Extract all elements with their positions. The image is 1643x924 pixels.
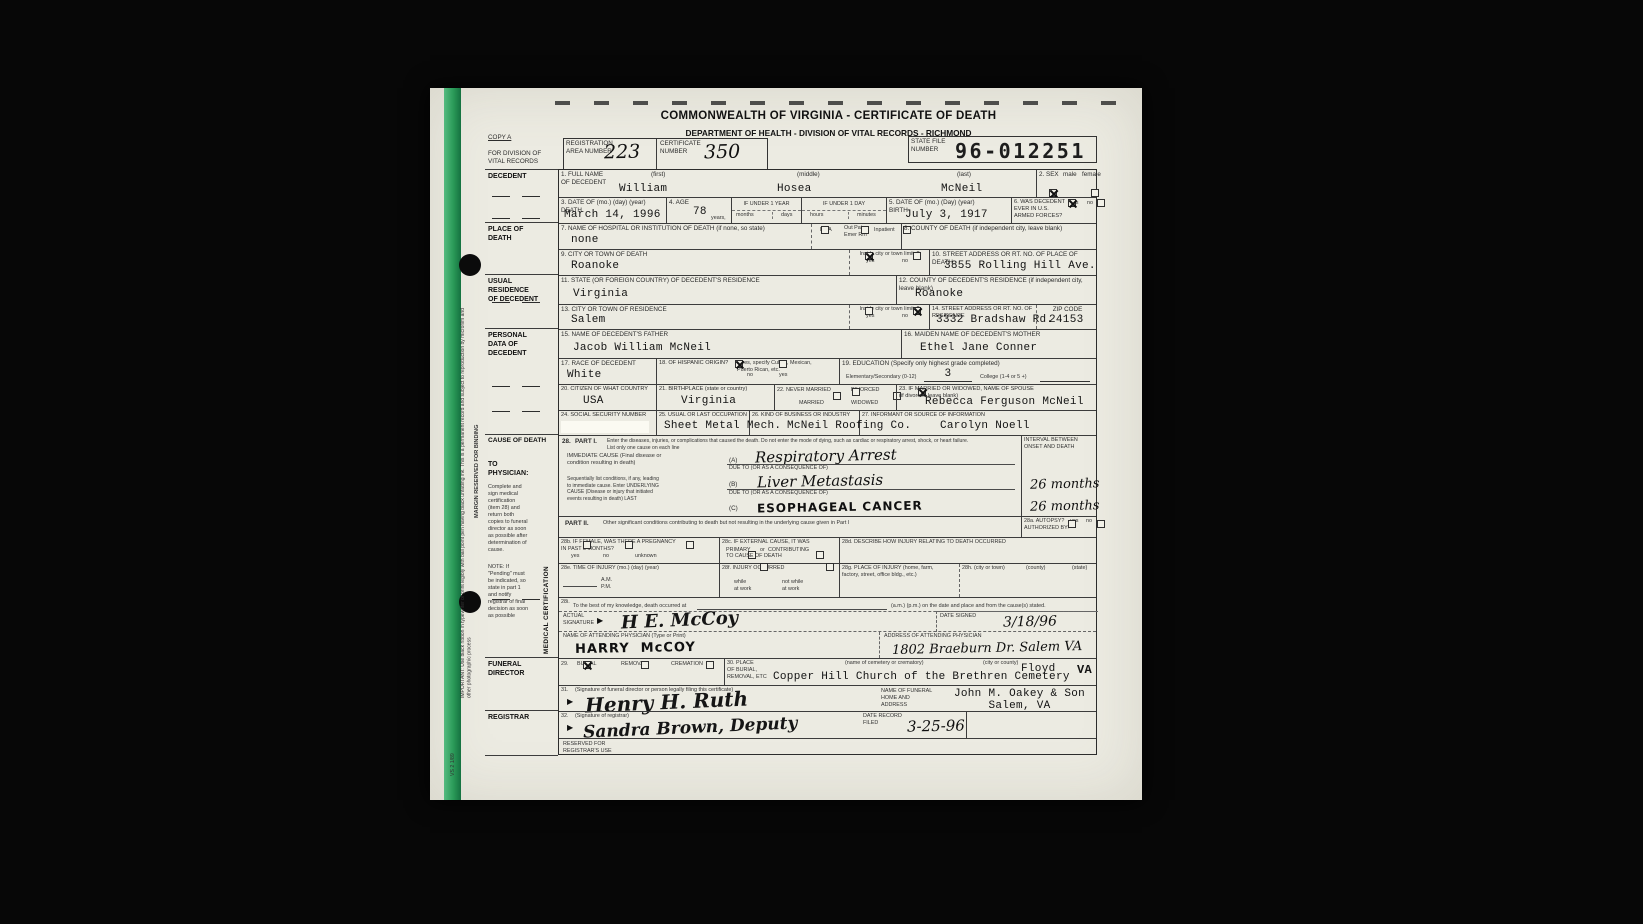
funeral-sig-number: 31. <box>561 687 569 694</box>
field-date-of-birth: 5. DATE OF (mo.) (Day) (year) BIRTH July… <box>886 198 1011 223</box>
ampm-label: A.M. P.M. <box>601 577 612 591</box>
industry-value: McNeil Roofing Co. <box>787 420 911 432</box>
attest-post-text: (a.m.) (p.m.) on the date and place and … <box>891 603 1095 610</box>
residence-county-value: Roanoke <box>915 288 963 300</box>
armed-forces-no-label: no <box>1087 200 1093 207</box>
not-while-at-work-checkbox <box>826 563 834 571</box>
field-date-of-death: 3. DATE OF (mo.) (day) (year) DEATH Marc… <box>559 198 666 223</box>
citizen-label: 20. CITIZEN OF WHAT COUNTRY <box>561 386 648 393</box>
autopsy-yes-checkbox <box>1068 520 1076 528</box>
time-line <box>563 586 597 587</box>
field-residence-street: 14. STREET ADDRESS OR RT. NO. OF RESIDEN… <box>929 305 1036 329</box>
interval-c-value: 26 months <box>1030 498 1100 514</box>
field-place-of-burial: 30. PLACE OF BURIAL, REMOVAL, ETC (name … <box>724 659 1098 685</box>
field-if-under-1-day: IF UNDER 1 DAY hours minutes <box>801 198 886 223</box>
row-burial: 29. BURIAL REMOVAL CREMATION 30. PLACE O… <box>559 658 1096 685</box>
field-citizen: 20. CITIZEN OF WHAT COUNTRY USA <box>559 385 656 410</box>
education-college-line <box>1040 381 1090 382</box>
ruling-dash <box>522 218 540 219</box>
external-cause-label: 28c. IF EXTERNAL CAUSE, IT WAS <box>722 539 810 546</box>
box-divider <box>656 139 657 169</box>
copy-label: COPY A <box>488 134 511 142</box>
occupation-label: 25. USUAL OR LAST OCCUPATION <box>659 412 747 419</box>
field-hispanic-origin: 18. OF HISPANIC ORIGIN? If yes, specify … <box>656 359 839 384</box>
date-of-death-value: March 14, 1996 <box>564 209 661 221</box>
ruling-dash <box>522 196 540 197</box>
autopsy-label: 28a. AUTOPSY? AUTHORIZED BY: <box>1024 518 1069 532</box>
field-ssn: 24. SOCIAL SECURITY NUMBER <box>559 411 656 435</box>
ruling-dash <box>492 599 510 600</box>
residence-city-label: 13. CITY OR TOWN OF RESIDENCE <box>561 306 667 314</box>
not-while-at-work-label: not while at work <box>782 579 803 593</box>
form-grid: 1. FULL NAME OF DECEDENT (first) (middle… <box>558 169 1097 755</box>
cremation-label: CREMATION <box>671 661 703 668</box>
section-divider <box>485 328 558 329</box>
part2-text: Other significant conditions contributin… <box>603 520 1003 527</box>
row-hospital: 7. NAME OF HOSPITAL OR INSTITUTION OF DE… <box>559 223 1096 249</box>
hispanic-no-label: no <box>747 372 753 379</box>
physician-address-label: ADDRESS OF ATTENDING PHYSICIAN <box>884 633 982 640</box>
disposition-number: 29. <box>561 661 569 668</box>
injury-occurred-label: 28f. INJURY OCCURRED <box>722 565 784 572</box>
date-of-birth-value: July 3, 1917 <box>905 209 988 221</box>
registrar-sig-hint: (Signature of registrar) <box>575 713 629 720</box>
ruling-dash <box>522 411 540 412</box>
ruling-dash <box>522 386 540 387</box>
hospital-label: 7. NAME OF HOSPITAL OR INSTITUTION OF DE… <box>561 225 765 233</box>
row-cause-b: Sequentially list conditions, if any, le… <box>559 473 1096 498</box>
field-place-of-injury: 28g. PLACE OF INJURY (home, farm, factor… <box>839 564 959 597</box>
section-divider <box>485 434 558 435</box>
field-county-of-death: 8. COUNTY OF DEATH (if independent city,… <box>901 224 1098 249</box>
field-how-injury: 28d. DESCRIBE HOW INJURY RELATING TO DEA… <box>839 538 1098 563</box>
place-of-burial-value: Copper Hill Church of the Brethren Cemet… <box>773 671 1070 683</box>
field-hospital: 7. NAME OF HOSPITAL OR INSTITUTION OF DE… <box>559 224 811 249</box>
spouse-name-value: Rebecca Ferguson McNeil <box>925 396 1084 408</box>
field-residence-county: 12. COUNTY OF DECEDENT'S RESIDENCE (if i… <box>896 276 1098 304</box>
state-file-box: STATE FILE NUMBER 96-012251 <box>908 136 1097 163</box>
hispanic-yes-checkbox <box>779 360 787 368</box>
state-file-value: 96-012251 <box>955 139 1086 163</box>
age-value: 78 <box>693 206 707 218</box>
field-death-city-limits: Inside city or town limits? yes no <box>849 250 929 275</box>
signature-arrow-icon: ▶ <box>597 616 603 625</box>
education-elementary-label: Elementary/Secondary (0-12) <box>846 374 916 381</box>
row-residence-state: 11. STATE (OR FOREIGN COUNTRY) OF DECEDE… <box>559 275 1096 304</box>
sex-female-checkbox <box>1091 189 1099 197</box>
last-hint: (last) <box>957 171 971 179</box>
pregnancy-no-checkbox <box>625 541 633 549</box>
hispanic-yes-label: yes <box>779 372 787 379</box>
county-of-death-label: 8. COUNTY OF DEATH (if independent city,… <box>904 225 1062 233</box>
line-b-label: (B) <box>729 481 737 489</box>
name-middle-value: Hosea <box>777 183 812 195</box>
street-of-death-value: 3855 Rolling Hill Ave. <box>944 260 1096 272</box>
row-part2: PART II. Other significant conditions co… <box>559 516 1096 537</box>
field-mother-name: 16. MAIDEN NAME OF DECEDENT'S MOTHER Eth… <box>901 330 1098 358</box>
row-registrar-signature: 32. (Signature of registrar) ▶ Sandra Br… <box>559 711 1096 738</box>
field-external-cause: 28c. IF EXTERNAL CAUSE, IT WAS PRIMARY o… <box>719 538 839 563</box>
field-if-under-1-year: IF UNDER 1 YEAR months days <box>731 198 801 223</box>
funeral-home-value: John M. Oakey & Son Salem, VA <box>947 688 1092 712</box>
residence-city-value: Salem <box>571 314 606 326</box>
section-label-cause-of-death: CAUSE OF DEATH <box>488 437 546 446</box>
city-county-hint: (city or county) <box>983 660 1018 667</box>
field-marital-status: 22. NEVER MARRIED DIVORCED MARRIED WIDOW… <box>774 385 896 410</box>
ruling-dash <box>492 411 510 412</box>
pregnancy-yes-label: yes <box>571 553 579 560</box>
attest-number: 28i. <box>561 599 570 606</box>
funeral-sig-arrow-icon: ▶ <box>567 697 573 706</box>
name-first-value: William <box>619 183 667 195</box>
residence-limits-no-label: no <box>902 313 908 320</box>
field-age: 4. AGE 78 years, <box>666 198 731 223</box>
field-birthplace: 21. BIRTHPLACE (state or country) Virgin… <box>656 385 774 410</box>
city-of-death-value: Roanoke <box>571 260 619 272</box>
section-label-registrar: REGISTRAR <box>488 713 529 722</box>
hispanic-no-checkbox <box>735 360 743 368</box>
physician-instructions: Complete and sign medical certification … <box>488 484 548 554</box>
mother-name-label: 16. MAIDEN NAME OF DECEDENT'S MOTHER <box>904 331 1040 339</box>
first-hint: (first) <box>651 171 665 179</box>
age-label: 4. AGE <box>669 199 689 207</box>
field-physician-address: ADDRESS OF ATTENDING PHYSICIAN 1802 Brae… <box>879 632 1098 658</box>
registrar-sig-arrow-icon: ▶ <box>567 723 573 732</box>
row-city-of-death: 9. CITY OR TOWN OF DEATH Roanoke Inside … <box>559 249 1096 275</box>
for-division-label: FOR DIVISION OF VITAL RECORDS <box>488 150 541 166</box>
field-armed-forces: 6. WAS DECEDENT EVER IN U.S. ARMED FORCE… <box>1011 198 1098 223</box>
while-at-work-checkbox <box>760 563 768 571</box>
physician-address-value: 1802 Braeburn Dr. Salem VA <box>892 639 1082 658</box>
row-physician: NAME OF ATTENDING PHYSICIAN (Type or Pri… <box>559 631 1096 658</box>
never-married-label: 22. NEVER MARRIED <box>777 387 831 394</box>
field-residence-city-limits: Inside city or town limits? yes no <box>849 305 929 329</box>
city-of-death-label: 9. CITY OR TOWN OF DEATH <box>561 251 647 259</box>
birthplace-value: Virginia <box>681 395 736 407</box>
field-street-of-death: 10. STREET ADDRESS OR RT. NO. OF PLACE O… <box>929 250 1098 275</box>
pregnancy-label: 28b. IF FEMALE, WAS THERE A PREGNANCY IN… <box>561 539 676 553</box>
reserved-label: RESERVED FOR REGISTRAR'S USE <box>563 741 612 755</box>
ruling-dash <box>492 196 510 197</box>
occupation-value: Sheet Metal Mech. <box>664 420 781 432</box>
autopsy-no-checkbox <box>1097 520 1105 528</box>
armed-forces-no-checkbox <box>1097 199 1105 207</box>
hours-hint: hours <box>810 212 824 219</box>
days-hint: days <box>772 212 792 219</box>
section-divider <box>485 710 558 711</box>
interval-b-cell: 26 months <box>1021 473 1098 498</box>
mother-name-value: Ethel Jane Conner <box>920 342 1037 354</box>
never-married-checkbox <box>833 392 841 400</box>
death-limits-no-checkbox <box>913 252 921 260</box>
field-autopsy: 28a. AUTOPSY? AUTHORIZED BY: yes no <box>1021 517 1098 537</box>
field-injury-location: 28h. (city or town) (county) (state) <box>959 564 1098 597</box>
sex-male-checkbox <box>1049 189 1057 197</box>
section-label-personal-data: PERSONAL DATA OF DECEDENT <box>488 331 527 358</box>
citizen-value: USA <box>583 395 604 407</box>
part2-label: PART II. <box>565 520 589 528</box>
autopsy-no-label: no <box>1086 518 1092 525</box>
education-college-label: College (1-4 or 5 +) <box>980 374 1027 381</box>
ssn-label: 24. SOCIAL SECURITY NUMBER <box>561 412 646 419</box>
field-sex: 2. SEX male female <box>1036 170 1098 197</box>
name-last-value: McNeil <box>941 183 982 195</box>
death-limits-yes-checkbox <box>865 252 873 260</box>
funeral-home-label: NAME OF FUNERAL HOME AND ADDRESS <box>881 688 932 709</box>
married-checkbox <box>852 388 860 396</box>
row-occupation: 24. SOCIAL SECURITY NUMBER 25. USUAL OR … <box>559 410 1096 435</box>
field-full-name: 1. FULL NAME OF DECEDENT (first) (middle… <box>559 170 1036 197</box>
registrar-empty-cell <box>966 712 1098 738</box>
field-city-of-death: 9. CITY OR TOWN OF DEATH Roanoke <box>559 250 849 275</box>
armed-forces-yes-checkbox <box>1068 199 1076 207</box>
date-filed-value: 3-25-96 <box>907 716 965 735</box>
residence-state-value: Virginia <box>573 288 628 300</box>
sex-female-label: female <box>1082 171 1101 179</box>
contributing-checkbox <box>816 551 824 559</box>
medical-certification-label: MEDICAL CERTIFICATION <box>543 516 555 654</box>
date-signed-value: 3/18/96 <box>1003 613 1057 630</box>
race-value: White <box>567 369 602 381</box>
education-elementary-line: 3 <box>924 363 972 382</box>
ruling-dash <box>522 599 540 600</box>
due-to-label-a: DUE TO (OR AS A CONSEQUENCE OF) <box>729 465 828 472</box>
cremation-checkbox <box>706 661 714 669</box>
row-dates: 3. DATE OF (mo.) (day) (year) DEATH Marc… <box>559 197 1096 223</box>
physician-pending-note: NOTE: If "Pending" must be indicated, so… <box>488 564 548 620</box>
under-1-day-label: IF UNDER 1 DAY <box>802 201 886 211</box>
education-label: 19. EDUCATION (Specify only highest grad… <box>842 360 1000 368</box>
registration-number-value: 223 <box>604 141 641 164</box>
industry-label: 26. KIND OF BUSINESS OR INDUSTRY <box>752 412 850 419</box>
date-filed-label: DATE RECORD FILED <box>863 713 902 727</box>
field-injury-occurred: 28f. INJURY OCCURRED while at work not w… <box>719 564 839 597</box>
sex-label: 2. SEX <box>1039 171 1059 179</box>
burial-state-value: VA <box>1077 663 1092 677</box>
row-parents: 15. NAME OF DECEDENT'S FATHER Jacob Will… <box>559 329 1096 358</box>
field-education: 19. EDUCATION (Specify only highest grad… <box>839 359 1098 384</box>
ruling-dash <box>492 386 510 387</box>
birthplace-label: 21. BIRTHPLACE (state or country) <box>659 386 747 393</box>
middle-hint: (middle) <box>797 171 820 179</box>
hispanic-label: 18. OF HISPANIC ORIGIN? <box>659 360 728 367</box>
section-divider <box>485 222 558 223</box>
residence-limits-yes-checkbox <box>865 307 873 315</box>
margin-important-note: IMPORTANT: Use black ribbon in typewrite… <box>460 298 473 698</box>
ssn-redaction-box <box>561 421 649 433</box>
while-at-work-label: while at work <box>734 579 751 593</box>
informant-label: 27. INFORMANT OR SOURCE OF INFORMATION <box>862 412 985 419</box>
informant-value: Carolyn Noell <box>940 420 1030 432</box>
hospital-value: none <box>571 234 599 246</box>
interval-c-cell: 26 months <box>1021 498 1098 516</box>
doa-checkbox <box>821 226 829 234</box>
married-label: MARRIED <box>799 400 824 407</box>
part1-label: PART I. <box>575 438 597 446</box>
field-time-of-injury: 28e. TIME OF INJURY (mo.) (day) (year) A… <box>559 564 719 597</box>
certificate-number-value: 350 <box>704 141 741 164</box>
section-label-decedent: DECEDENT <box>488 172 527 181</box>
pregnancy-yes-checkbox <box>583 541 591 549</box>
state-file-label: STATE FILE NUMBER <box>911 138 945 154</box>
place-of-burial-label: 30. PLACE OF BURIAL, REMOVAL, ETC <box>727 660 767 681</box>
race-label: 17. RACE OF DECEDENT <box>561 360 636 368</box>
field-race: 17. RACE OF DECEDENT White <box>559 359 656 384</box>
interval-b-value: 26 months <box>1030 476 1100 492</box>
burial-checkbox <box>583 661 591 669</box>
registration-certificate-box: REGISTRATION AREA NUMBER 223 CERTIFICATE… <box>563 138 768 170</box>
pregnancy-no-label: no <box>603 553 609 560</box>
section-label-funeral-director: FUNERAL DIRECTOR <box>488 660 524 678</box>
injury-county-label: (county) <box>1026 565 1045 572</box>
row-attestation: 28i. To the best of my knowledge, death … <box>559 597 1096 631</box>
section-label-place-of-death: PLACE OF DEATH <box>488 225 523 243</box>
certificate-number-label: CERTIFICATE NUMBER <box>660 140 701 156</box>
inpatient-label: Inpatient <box>874 227 895 234</box>
row-citizen-marital: 20. CITIZEN OF WHAT COUNTRY USA 21. BIRT… <box>559 384 1096 410</box>
zip-value: 24153 <box>1049 314 1084 326</box>
margin-binding-note: MARGIN RESERVED FOR BINDING <box>474 238 484 518</box>
form-number: VS 2 1/89 <box>450 716 458 776</box>
residence-state-label: 11. STATE (OR FOREIGN COUNTRY) OF DECEDE… <box>561 277 760 285</box>
row-cause-a: IMMEDIATE CAUSE (Final disease or condit… <box>559 449 1096 473</box>
row-race-education: 17. RACE OF DECEDENT White 18. OF HISPAN… <box>559 358 1096 384</box>
death-limits-no-label: no <box>902 258 908 265</box>
section-divider <box>485 755 558 756</box>
months-hint: months <box>736 212 754 219</box>
field-disposition: 29. BURIAL REMOVAL CREMATION <box>559 659 724 685</box>
how-injury-label: 28d. DESCRIBE HOW INJURY RELATING TO DEA… <box>842 539 1006 546</box>
field-residence-city: 13. CITY OR TOWN OF RESIDENCE Salem <box>559 305 849 329</box>
father-name-value: Jacob William McNeil <box>573 342 711 354</box>
row-funeral-signature: 31. (Signature of funeral director or pe… <box>559 685 1096 711</box>
field-zip-code: ZIP CODE 24153 <box>1036 305 1098 329</box>
row-injury: 28e. TIME OF INJURY (mo.) (day) (year) A… <box>559 563 1096 597</box>
immediate-cause-label: IMMEDIATE CAUSE (Final disease or condit… <box>567 453 661 468</box>
actual-signature-label: ACTUAL SIGNATURE <box>563 613 594 627</box>
zip-label: ZIP CODE <box>1037 306 1098 314</box>
armed-forces-label: 6. WAS DECEDENT EVER IN U.S. ARMED FORCE… <box>1014 199 1065 220</box>
field-date-signed: DATE SIGNED 3/18/96 <box>936 611 1098 632</box>
removal-checkbox <box>641 661 649 669</box>
field-physician-name: NAME OF ATTENDING PHYSICIAN (Type or Pri… <box>559 632 879 658</box>
row-full-name: 1. FULL NAME OF DECEDENT (first) (middle… <box>559 170 1096 197</box>
row-reserved: RESERVED FOR REGISTRAR'S USE <box>559 738 1096 756</box>
minutes-hint: minutes <box>848 212 876 219</box>
time-of-injury-label: 28e. TIME OF INJURY (mo.) (day) (year) <box>561 565 659 572</box>
line-c-label: (C) <box>729 505 738 513</box>
row-residence-city: 13. CITY OR TOWN OF RESIDENCE Salem Insi… <box>559 304 1096 329</box>
interval-a-cell <box>1021 449 1098 473</box>
field-spouse-name: 23. IF MARRIED OR WIDOWED, NAME OF SPOUS… <box>896 385 1098 410</box>
due-to-label-b: DUE TO (OR AS A CONSEQUENCE OF) <box>729 490 828 497</box>
physician-signature: H E. McCoy <box>621 607 739 633</box>
interval-column-header: INTERVAL BETWEEN ONSET AND DEATH <box>1021 436 1098 449</box>
field-residence-state: 11. STATE (OR FOREIGN COUNTRY) OF DECEDE… <box>559 276 896 304</box>
sex-male-label: male <box>1063 171 1077 179</box>
field-pregnancy: 28b. IF FEMALE, WAS THERE A PREGNANCY IN… <box>559 538 719 563</box>
full-name-label: 1. FULL NAME OF DECEDENT <box>561 171 606 187</box>
row-28bcd: 28b. IF FEMALE, WAS THERE A PREGNANCY IN… <box>559 537 1096 563</box>
physician-name-label: NAME OF ATTENDING PHYSICIAN (Type or Pri… <box>563 633 686 640</box>
ruling-dash <box>492 218 510 219</box>
injury-city-label: 28h. (city or town) <box>962 565 1005 572</box>
pregnancy-unknown-checkbox <box>686 541 694 549</box>
place-of-injury-label: 28g. PLACE OF INJURY (home, farm, factor… <box>842 565 933 579</box>
row-cause-c: (C) ESOPHAGEAL CANCER 26 months <box>559 498 1096 516</box>
father-name-label: 15. NAME OF DECEDENT'S FATHER <box>561 331 668 339</box>
to-cause-label: TO CAUSE OF DEATH <box>726 553 782 560</box>
registrar-sig-number: 32. <box>561 713 569 720</box>
green-binding-strip <box>444 88 461 800</box>
under-1-year-label: IF UNDER 1 YEAR <box>732 201 801 211</box>
section-label-usual-residence: USUAL RESIDENCE OF DECEDENT <box>488 277 538 304</box>
physician-name-value: HARRY McCOY <box>575 640 696 657</box>
death-certificate-document: MARGIN RESERVED FOR BINDING IMPORTANT: U… <box>430 88 1142 800</box>
attest-pre-text: To the best of my knowledge, death occur… <box>573 603 686 610</box>
part1-number: 28. <box>562 438 571 446</box>
ruling-dash <box>522 302 540 303</box>
section-divider <box>485 274 558 275</box>
section-label-to-physician: TO PHYSICIAN: <box>488 460 528 478</box>
perforation-edge <box>555 101 1128 105</box>
certificate-title: COMMONWEALTH OF VIRGINIA - CERTIFICATE O… <box>560 110 1097 122</box>
date-signed-label: DATE SIGNED <box>940 613 976 620</box>
field-father-name: 15. NAME OF DECEDENT'S FATHER Jacob Will… <box>559 330 901 358</box>
injury-state-label: (state) <box>1072 565 1087 572</box>
residence-limits-no-checkbox <box>913 307 921 315</box>
ruling-dash <box>492 302 510 303</box>
scan-background: { "colors": {"green":"#2a9a58","paper":"… <box>0 0 1643 924</box>
widowed-label: WIDOWED <box>851 400 878 407</box>
section-divider <box>485 169 558 170</box>
pregnancy-unknown-label: unknown <box>635 553 657 560</box>
section-divider <box>485 657 558 658</box>
field-hospital-type: DOA Out Pat. Emer Rm Inpatient <box>811 224 901 249</box>
cause-c-value: ESOPHAGEAL CANCER <box>757 499 923 516</box>
outpatient-checkbox <box>861 226 869 234</box>
education-value: 3 <box>945 368 952 380</box>
cemetery-hint: (name of cemetery or crematory) <box>845 660 924 667</box>
age-years-hint: years, <box>711 215 726 222</box>
